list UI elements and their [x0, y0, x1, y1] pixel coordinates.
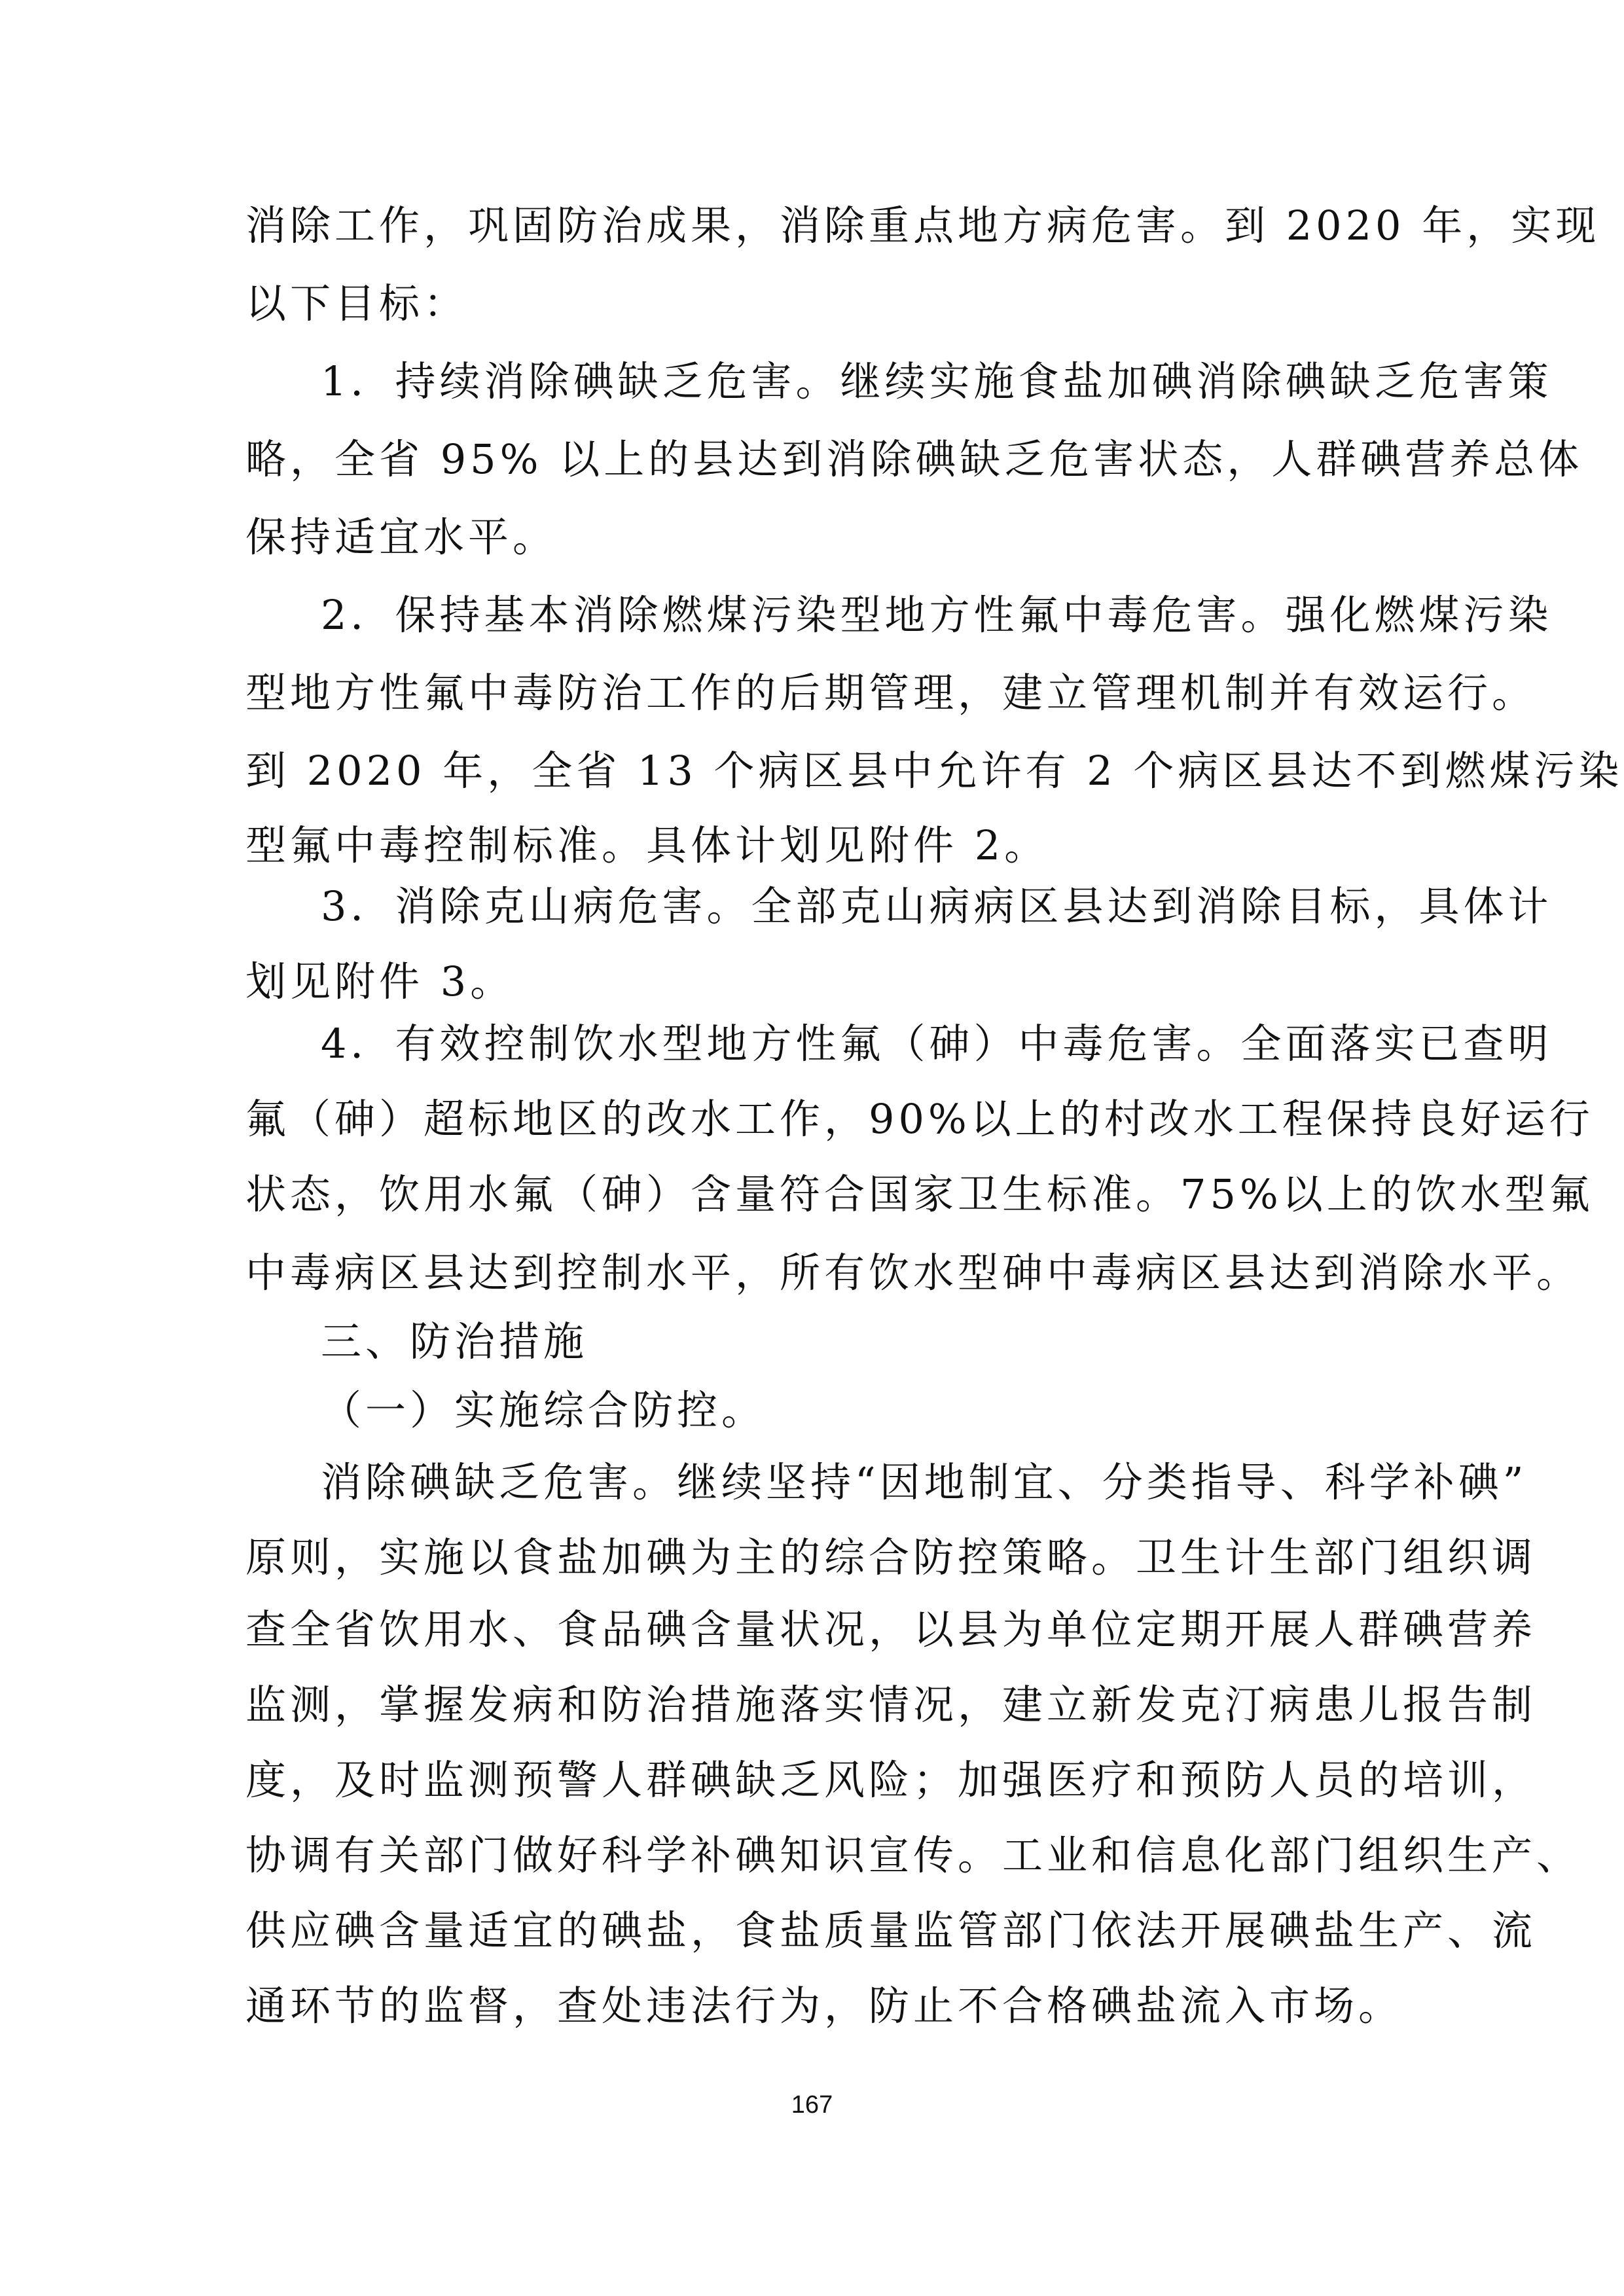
paragraph-line: 型氟中毒控制标准。具体计划见附件 2。 [245, 819, 1049, 872]
paragraph-line: 协调有关部门做好科学补碘知识宣传。工业和信息化部门组织生产、 [245, 1829, 1581, 1882]
paragraph-line: 到 2020 年，全省 13 个病区县中允许有 2 个病区县达不到燃煤污染 [245, 745, 1623, 797]
paragraph-line: 通环节的监督，查处违法行为，防止不合格碘盐流入市场。 [245, 1980, 1403, 2032]
goal-3-line: 3．消除克山病危害。全部克山病病区县达到消除目标，具体计 [321, 880, 1552, 933]
paragraph-line: 状态，饮用水氟（砷）含量符合国家卫生标准。75%以上的饮水型氟 [245, 1168, 1594, 1221]
goal-1-line: 1．持续消除碘缺乏危害。继续实施食盐加碘消除碘缺乏危害策 [321, 355, 1552, 408]
paragraph-line: 中毒病区县达到控制水平，所有饮水型砷中毒病区县达到消除水平。 [245, 1247, 1581, 1299]
paragraph-line: 以下目标： [245, 278, 468, 330]
document-page: 消除工作，巩固防治成果，消除重点地方病危害。到 2020 年，实现 以下目标： … [0, 0, 1624, 2296]
paragraph-line: 原则，实施以食盐加碘为主的综合防控策略。卫生计生部门组织调 [245, 1532, 1536, 1584]
section-heading: 三、防治措施 [321, 1316, 588, 1368]
paragraph-line: 查全省饮用水、食品碘含量状况，以县为单位定期开展人群碘营养 [245, 1604, 1536, 1656]
paragraph-line: 监测，掌握发病和防治措施落实情况，建立新发克汀病患儿报告制 [245, 1679, 1536, 1731]
paragraph-line: 型地方性氟中毒防治工作的后期管理，建立管理机制并有效运行。 [245, 667, 1536, 719]
paragraph-line: 消除碘缺乏危害。继续坚持“因地制宜、分类指导、科学补碘” [321, 1456, 1527, 1509]
goal-4-line: 4．有效控制饮水型地方性氟（砷）中毒危害。全面落实已查明 [321, 1018, 1552, 1070]
paragraph-line: 度，及时监测预警人群碘缺乏风险；加强医疗和预防人员的培训， [245, 1754, 1536, 1806]
paragraph-line: 消除工作，巩固防治成果，消除重点地方病危害。到 2020 年，实现 [245, 200, 1600, 252]
paragraph-line: 保持适宜水平。 [245, 511, 557, 564]
subsection-heading: （一）实施综合防控。 [321, 1384, 766, 1437]
paragraph-line: 氟（砷）超标地区的改水工作，90%以上的村改水工程保持良好运行 [245, 1093, 1594, 1145]
paragraph-line: 供应碘含量适宜的碘盐，食盐质量监管部门依法开展碘盐生产、流 [245, 1905, 1536, 1957]
paragraph-line: 略，全省 95% 以上的县达到消除碘缺乏危害状态，人群碘营养总体 [245, 433, 1583, 486]
goal-2-line: 2．保持基本消除燃煤污染型地方性氟中毒危害。强化燃煤污染 [321, 589, 1552, 641]
paragraph-line: 划见附件 3。 [245, 956, 514, 1008]
page-number: 167 [0, 2091, 1624, 2119]
